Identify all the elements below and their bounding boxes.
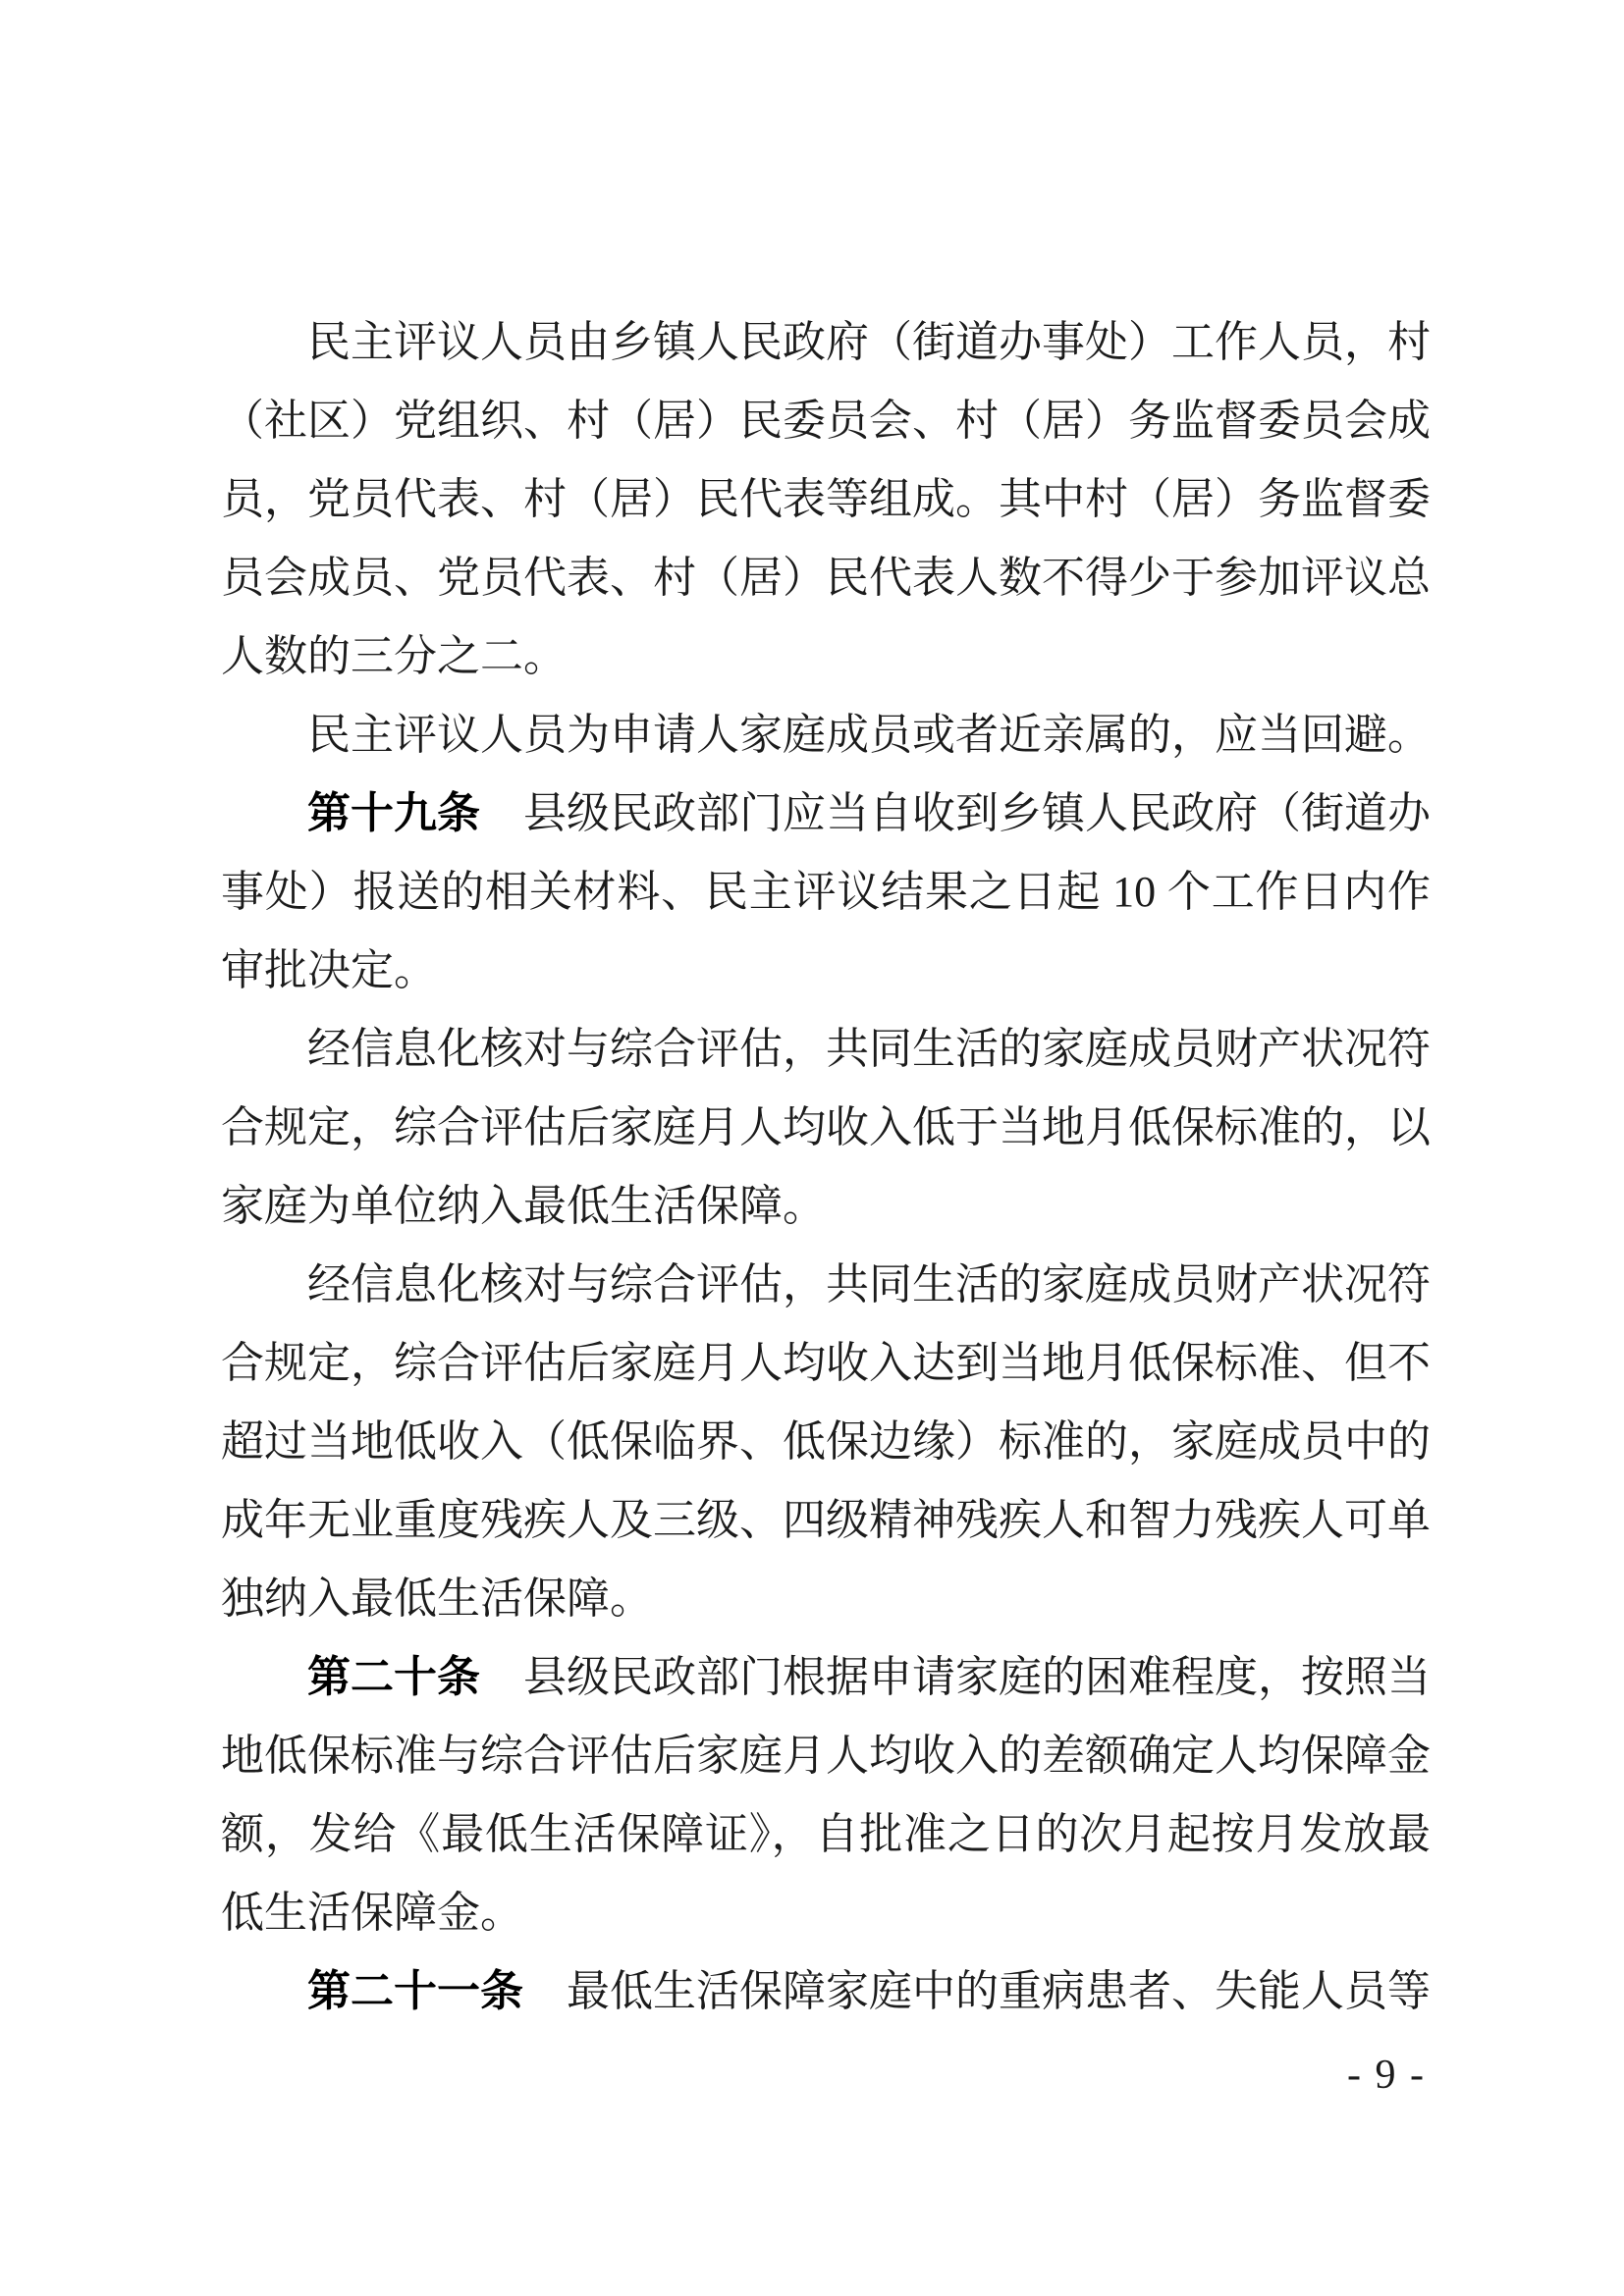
text-line: 低生活保障金。 [221, 1874, 1431, 1952]
paragraph: 民主评议人员为申请人家庭成员或者近亲属的，应当回避。 [221, 696, 1431, 774]
document-page: 民主评议人员由乡镇人民政府（街道办事处）工作人员，村（社区）党组织、村（居）民委… [0, 0, 1624, 2296]
line-text: 低生活保障金。 [221, 1889, 523, 1937]
line-text: 县级民政部门应当自收到乡镇人民政府（街道办 [480, 789, 1431, 837]
text-line: 经信息化核对与综合评估，共同生活的家庭成员财产状况符 [221, 1010, 1431, 1089]
line-text: 审批决定。 [221, 946, 437, 994]
page-number: - 9 - [1347, 2052, 1426, 2099]
line-text: 人数的三分之二。 [221, 632, 567, 680]
article-number: 第二十条 [307, 1653, 480, 1701]
line-text: 事处）报送的相关材料、民主评议结果之日起 10 个工作日内作出 [221, 868, 1431, 932]
line-text: 合规定，综合评估后家庭月人均收入达到当地月低保标准、但不 [221, 1339, 1431, 1387]
line-text: （社区）党组织、村（居）民委员会、村（居）务监督委员会成 [221, 397, 1431, 445]
text-line: 审批决定。 [221, 932, 1431, 1010]
line-text: 县级民政部门根据申请家庭的困难程度，按照当 [480, 1653, 1431, 1701]
text-line: 员，党员代表、村（居）民代表等组成。其中村（居）务监督委 [221, 460, 1431, 539]
text-line: 额，发给《最低生活保障证》，自批准之日的次月起按月发放最 [221, 1795, 1431, 1874]
text-line: 第二十一条 最低生活保障家庭中的重病患者、失能人员等 [221, 1952, 1431, 2031]
article-number: 第二十一条 [307, 1967, 523, 2015]
line-text: 员会成员、党员代表、村（居）民代表人数不得少于参加评议总 [221, 554, 1431, 602]
line-text: 最低生活保障家庭中的重病患者、失能人员等 [523, 1967, 1431, 2015]
paragraph: 第二十一条 最低生活保障家庭中的重病患者、失能人员等 [221, 1952, 1431, 2031]
text-line: 民主评议人员由乡镇人民政府（街道办事处）工作人员，村 [221, 303, 1431, 382]
paragraph: 经信息化核对与综合评估，共同生活的家庭成员财产状况符合规定，综合评估后家庭月人均… [221, 1246, 1431, 1638]
text-block: 民主评议人员由乡镇人民政府（街道办事处）工作人员，村（社区）党组织、村（居）民委… [221, 303, 1431, 2031]
line-text: 独纳入最低生活保障。 [221, 1575, 653, 1623]
line-text: 额，发给《最低生活保障证》，自批准之日的次月起按月发放最 [221, 1810, 1431, 1858]
article-number: 第十九条 [307, 789, 480, 837]
paragraph: 第二十条 县级民政部门根据申请家庭的困难程度，按照当地低保标准与综合评估后家庭月… [221, 1638, 1431, 1952]
line-text: 员，党员代表、村（居）民代表等组成。其中村（居）务监督委 [221, 475, 1431, 523]
line-text: 民主评议人员由乡镇人民政府（街道办事处）工作人员，村 [307, 318, 1431, 366]
text-line: 事处）报送的相关材料、民主评议结果之日起 10 个工作日内作出 [221, 853, 1431, 932]
paragraph: 民主评议人员由乡镇人民政府（街道办事处）工作人员，村（社区）党组织、村（居）民委… [221, 303, 1431, 696]
text-line: 合规定，综合评估后家庭月人均收入达到当地月低保标准、但不 [221, 1324, 1431, 1403]
line-text: 民主评议人员为申请人家庭成员或者近亲属的，应当回避。 [307, 711, 1431, 759]
text-line: 家庭为单位纳入最低生活保障。 [221, 1167, 1431, 1246]
text-line: 独纳入最低生活保障。 [221, 1560, 1431, 1638]
line-text: 经信息化核对与综合评估，共同生活的家庭成员财产状况符 [307, 1260, 1431, 1308]
line-text: 成年无业重度残疾人及三级、四级精神残疾人和智力残疾人可单 [221, 1496, 1431, 1544]
text-line: 超过当地低收入（低保临界、低保边缘）标准的，家庭成员中的 [221, 1403, 1431, 1481]
line-text: 地低保标准与综合评估后家庭月人均收入的差额确定人均保障金 [221, 1732, 1431, 1780]
text-line: 民主评议人员为申请人家庭成员或者近亲属的，应当回避。 [221, 696, 1431, 774]
text-line: 合规定，综合评估后家庭月人均收入低于当地月低保标准的，以 [221, 1089, 1431, 1167]
text-line: 第十九条 县级民政部门应当自收到乡镇人民政府（街道办 [221, 774, 1431, 853]
text-line: 经信息化核对与综合评估，共同生活的家庭成员财产状况符 [221, 1246, 1431, 1324]
paragraph: 经信息化核对与综合评估，共同生活的家庭成员财产状况符合规定，综合评估后家庭月人均… [221, 1010, 1431, 1246]
line-text: 合规定，综合评估后家庭月人均收入低于当地月低保标准的，以 [221, 1103, 1431, 1151]
text-line: 人数的三分之二。 [221, 617, 1431, 696]
paragraph: 第十九条 县级民政部门应当自收到乡镇人民政府（街道办事处）报送的相关材料、民主评… [221, 774, 1431, 1010]
text-line: （社区）党组织、村（居）民委员会、村（居）务监督委员会成 [221, 382, 1431, 460]
text-line: 第二十条 县级民政部门根据申请家庭的困难程度，按照当 [221, 1638, 1431, 1717]
line-text: 家庭为单位纳入最低生活保障。 [221, 1182, 826, 1230]
text-line: 成年无业重度残疾人及三级、四级精神残疾人和智力残疾人可单 [221, 1481, 1431, 1560]
text-line: 员会成员、党员代表、村（居）民代表人数不得少于参加评议总 [221, 539, 1431, 617]
line-text: 超过当地低收入（低保临界、低保边缘）标准的，家庭成员中的 [221, 1417, 1431, 1466]
text-line: 地低保标准与综合评估后家庭月人均收入的差额确定人均保障金 [221, 1717, 1431, 1795]
line-text: 经信息化核对与综合评估，共同生活的家庭成员财产状况符 [307, 1025, 1431, 1073]
